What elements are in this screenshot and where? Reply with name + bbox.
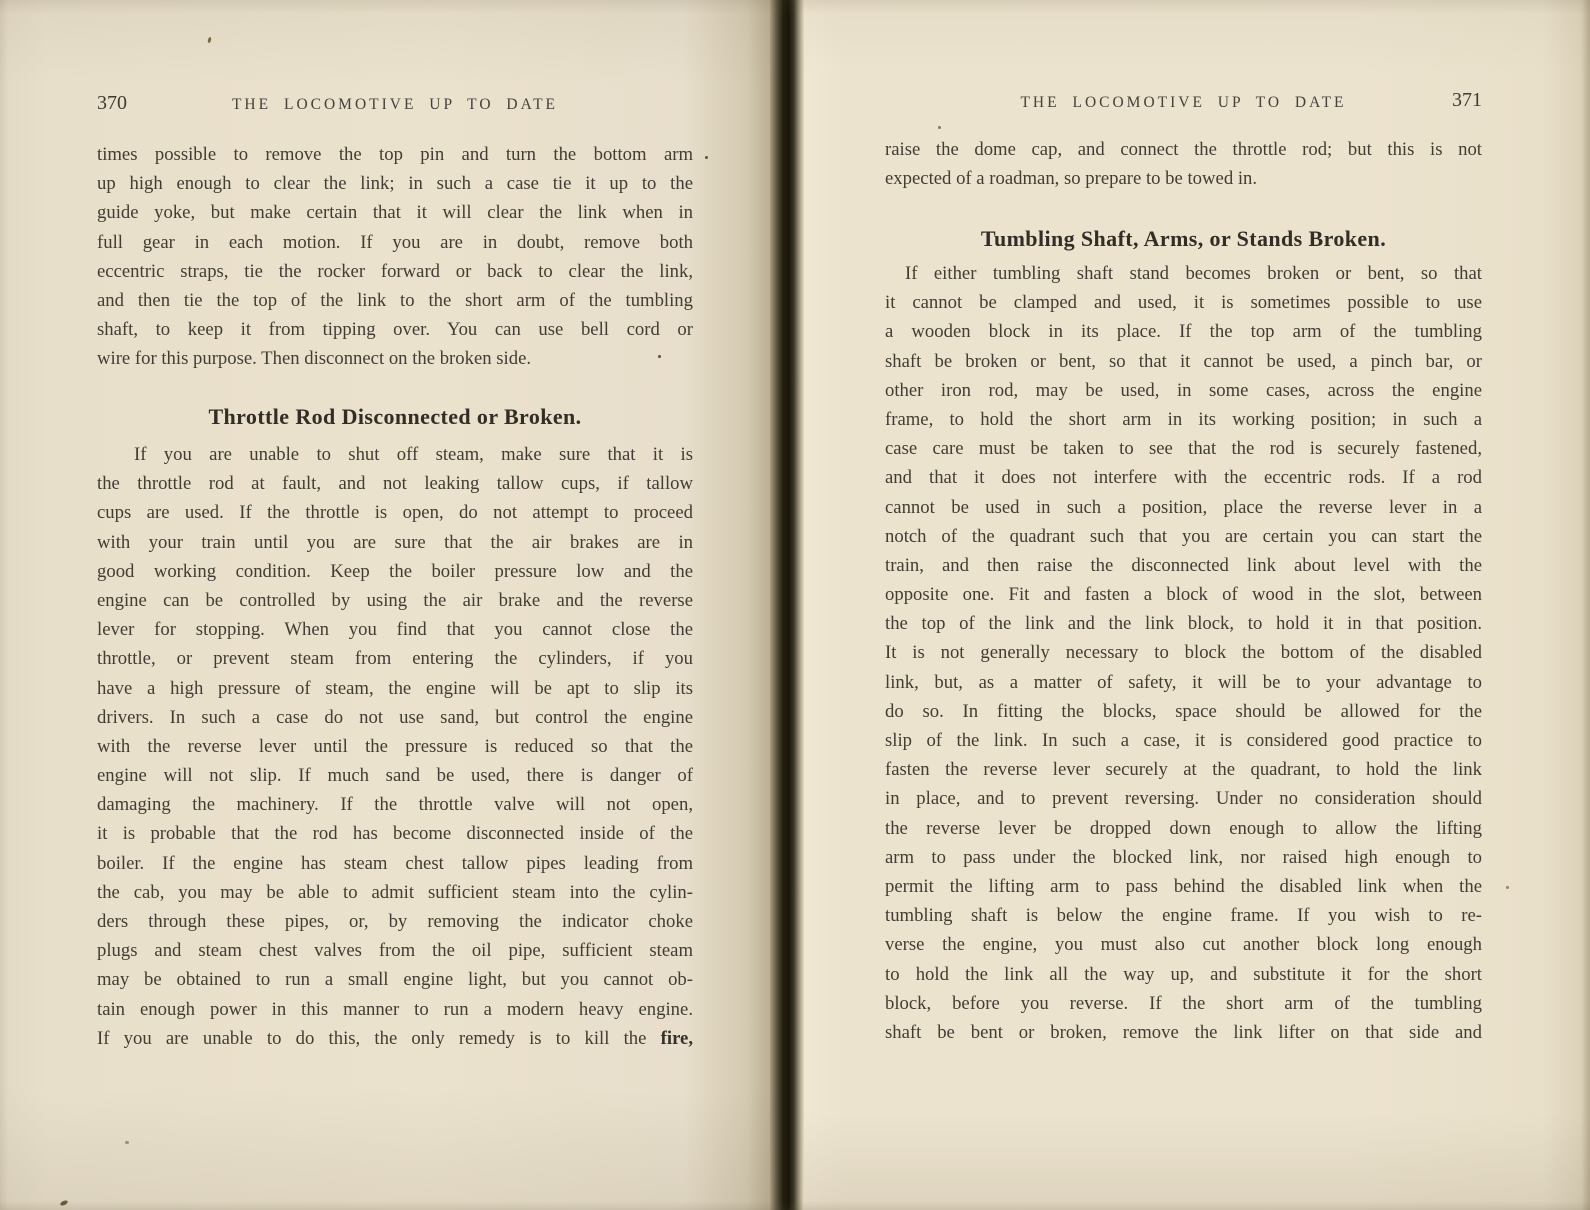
- text-line: shaft be broken or bent, so that it cann…: [885, 347, 1482, 376]
- text-line: the top of the link and the link block, …: [885, 609, 1482, 638]
- text-line: up high enough to clear the link; in suc…: [97, 169, 693, 198]
- text-line: ders through these pipes, or, by removin…: [97, 907, 693, 936]
- text-line: lever for stopping. When you find that y…: [97, 615, 693, 644]
- right-paragraph-2: If either tumbling shaft stand becomes b…: [885, 259, 1482, 1047]
- text-line: full gear in each motion. If you are in …: [97, 228, 693, 257]
- text-line: If you are unable to shut off steam, mak…: [97, 440, 693, 469]
- text-line: case care must be taken to see that the …: [885, 434, 1482, 463]
- right-paragraph-1: raise the dome cap, and connect the thro…: [885, 135, 1482, 193]
- text-line: to hold the link all the way up, and sub…: [885, 960, 1482, 989]
- text-line: in place, and to prevent reversing. Unde…: [885, 784, 1482, 813]
- text-line: notch of the quadrant such that you are …: [885, 522, 1482, 551]
- text-line: permit the lifting arm to pass behind th…: [885, 872, 1482, 901]
- text-line: throttle, or prevent steam from entering…: [97, 644, 693, 673]
- text-line: fasten the reverse lever securely at the…: [885, 755, 1482, 784]
- text-line: arm to pass under the blocked link, nor …: [885, 843, 1482, 872]
- text-line: shaft be bent or broken, remove the link…: [885, 1018, 1482, 1047]
- text-line: the cab, you may be able to admit suffic…: [97, 878, 693, 907]
- text-line: good working condition. Keep the boiler …: [97, 557, 693, 586]
- text-line: times possible to remove the top pin and…: [97, 140, 693, 169]
- text-line: the throttle rod at fault, and not leaki…: [97, 469, 693, 498]
- left-paragraph-1: times possible to remove the top pin and…: [97, 140, 693, 374]
- text-line: It is not generally necessary to block t…: [885, 638, 1482, 667]
- text-line: tumbling shaft is below the engine frame…: [885, 901, 1482, 930]
- text-line: frame, to hold the short arm in its work…: [885, 405, 1482, 434]
- text-line: engine can be controlled by using the ai…: [97, 586, 693, 615]
- text-line: a wooden block in its place. If the top …: [885, 317, 1482, 346]
- text-line: cups are used. If the throttle is open, …: [97, 498, 693, 527]
- text-line: If either tumbling shaft stand becomes b…: [885, 259, 1482, 288]
- text-line: raise the dome cap, and connect the thro…: [885, 135, 1482, 164]
- text-line: have a high pressure of steam, the engin…: [97, 674, 693, 703]
- text-line: other iron rod, may be used, in some cas…: [885, 376, 1482, 405]
- text-line: with your train until you are sure that …: [97, 528, 693, 557]
- text-line: it cannot be clamped and used, it is som…: [885, 288, 1482, 317]
- text-line: and then tie the top of the link to the …: [97, 286, 693, 315]
- right-page-number: 371: [1385, 89, 1482, 112]
- text-line: train, and then raise the disconnected l…: [885, 551, 1482, 580]
- text-line: do so. In fitting the blocks, space shou…: [885, 697, 1482, 726]
- text-line: shaft, to keep it from tipping over. You…: [97, 315, 693, 344]
- text-line: engine will not slip. If much sand be us…: [97, 761, 693, 790]
- text-line: opposite one. Fit and fasten a block of …: [885, 580, 1482, 609]
- text-line: guide yoke, but make certain that it wil…: [97, 198, 693, 227]
- text-line: plugs and steam chest valves from the oi…: [97, 936, 693, 965]
- text-line: link, but, as a matter of safety, it wil…: [885, 668, 1482, 697]
- text-line: cannot be used in such a position, place…: [885, 493, 1482, 522]
- text-line: it is probable that the rod has become d…: [97, 819, 693, 848]
- page-gutter: [770, 0, 804, 1210]
- text-line: with the reverse lever until the pressur…: [97, 732, 693, 761]
- left-running-title: THE LOCOMOTIVE UP TO DATE: [97, 96, 693, 114]
- text-line: may be obtained to run a small engine li…: [97, 965, 693, 994]
- book-spread: 370 THE LOCOMOTIVE UP TO DATE THE LOCOMO…: [0, 0, 1590, 1210]
- left-section-heading: Throttle Rod Disconnected or Broken.: [97, 404, 693, 430]
- text-line: damaging the machinery. If the throttle …: [97, 790, 693, 819]
- left-paragraph-2: If you are unable to shut off steam, mak…: [97, 440, 693, 1053]
- text-line: slip of the link. In such a case, it is …: [885, 726, 1482, 755]
- text-line: tain enough power in this manner to run …: [97, 995, 693, 1024]
- text-line: the reverse lever be dropped down enough…: [885, 814, 1482, 843]
- text-line: drivers. In such a case do not use sand,…: [97, 703, 693, 732]
- text-line: and that it does not interfere with the …: [885, 463, 1482, 492]
- text-line: verse the engine, you must also cut anot…: [885, 930, 1482, 959]
- right-section-heading: Tumbling Shaft, Arms, or Stands Broken.: [885, 226, 1482, 252]
- text-line: block, before you reverse. If the short …: [885, 989, 1482, 1018]
- text-line: If you are unable to do this, the only r…: [97, 1024, 693, 1053]
- text-line: eccentric straps, tie the rocker forward…: [97, 257, 693, 286]
- text-line: boiler. If the engine has steam chest ta…: [97, 849, 693, 878]
